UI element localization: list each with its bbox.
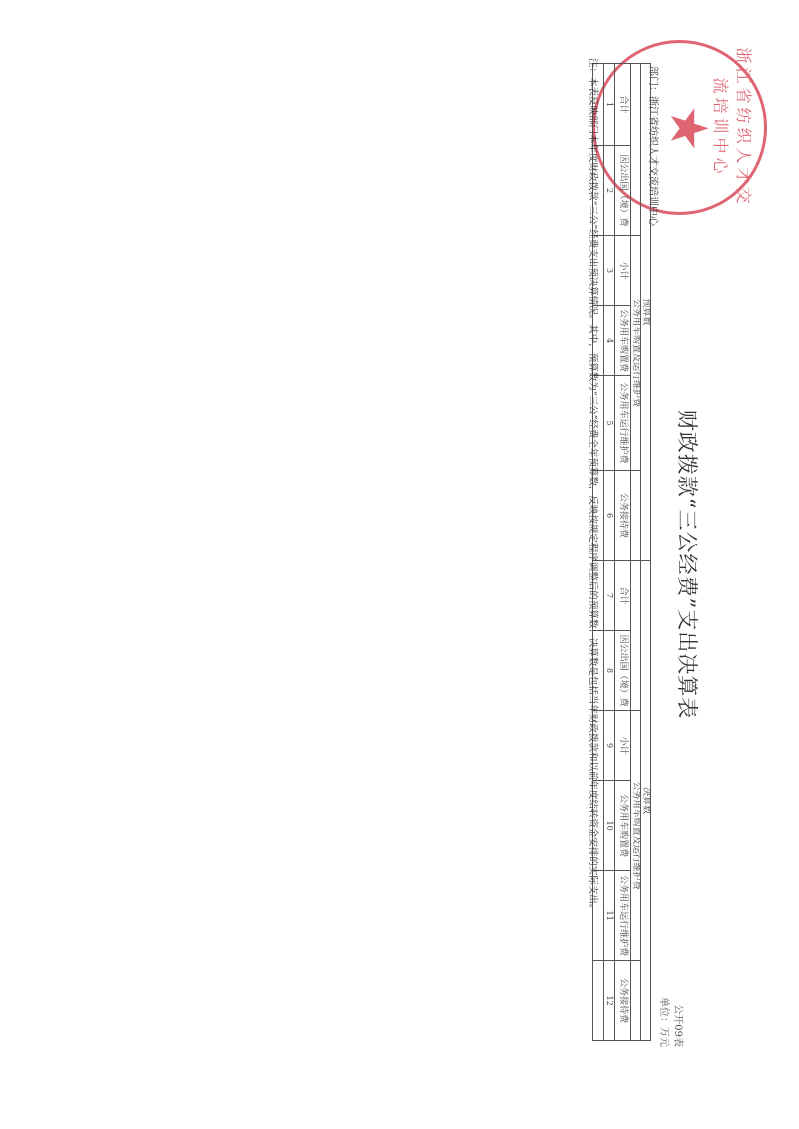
- col-number: 2: [604, 146, 615, 236]
- subgroup-header-row: 公务用车购置及运行维护费 公务用车购置及运行维护费: [631, 64, 641, 1041]
- col-header: 因公出国（境）费: [615, 631, 631, 711]
- col-header: 合计: [615, 64, 631, 146]
- col-number: 11: [604, 871, 615, 961]
- col-number: 10: [604, 781, 615, 871]
- col-header: 小计: [615, 711, 631, 781]
- group-header-row: 预算数 决算数: [641, 64, 651, 1041]
- col-header: 公务用车运行维护费: [615, 871, 631, 961]
- document-page: 浙江省纺织人才交流培训中心 ★ 财政拨款“三公经费”支出决算表 公开09表 单位…: [0, 0, 799, 1129]
- budget-vehicle-subgroup: 公务用车购置及运行维护费: [631, 236, 641, 471]
- col-header: 公务用车购置费: [615, 781, 631, 871]
- form-number: 公开09表: [672, 1004, 687, 1047]
- col-number: 7: [604, 561, 615, 631]
- column-header-row: 合计 因公出国（境）费 小计 公务用车购置费 公务用车运行维护费 公务接待费 合…: [615, 64, 631, 1041]
- col-number: 1: [604, 64, 615, 146]
- column-number-row: 1 2 3 4 5 6 7 8 9 10 11 12: [604, 64, 615, 1041]
- col-header: 因公出国（境）费: [615, 146, 631, 236]
- col-header: 公务接待费: [615, 961, 631, 1041]
- stamp-text: 浙江省纺织人才交流培训中心: [710, 43, 756, 212]
- col-number: 8: [604, 631, 615, 711]
- final-group-header: 决算数: [641, 561, 651, 1041]
- col-number: 9: [604, 711, 615, 781]
- col-header: 公务用车购置费: [615, 306, 631, 376]
- final-vehicle-subgroup: 公务用车购置及运行维护费: [631, 711, 641, 961]
- col-number: 5: [604, 376, 615, 471]
- col-number: 6: [604, 471, 615, 561]
- budget-group-header: 预算数: [641, 64, 651, 561]
- footnote: 注：本表反映部门本年度财政拨款“三公”经费支出预决算情况。其中，预算数为“三公”…: [587, 58, 601, 913]
- col-header: 小计: [615, 236, 631, 306]
- col-header: 公务用车运行维护费: [615, 376, 631, 471]
- unit-label: 单位：万元: [658, 997, 673, 1047]
- col-header: 合计: [615, 561, 631, 631]
- col-number: 3: [604, 236, 615, 306]
- col-number: 12: [604, 961, 615, 1041]
- document-title: 财政拨款“三公经费”支出决算表: [673, 0, 703, 1129]
- col-header: 公务接待费: [615, 471, 631, 561]
- table-cell: [593, 961, 604, 1041]
- col-number: 4: [604, 306, 615, 376]
